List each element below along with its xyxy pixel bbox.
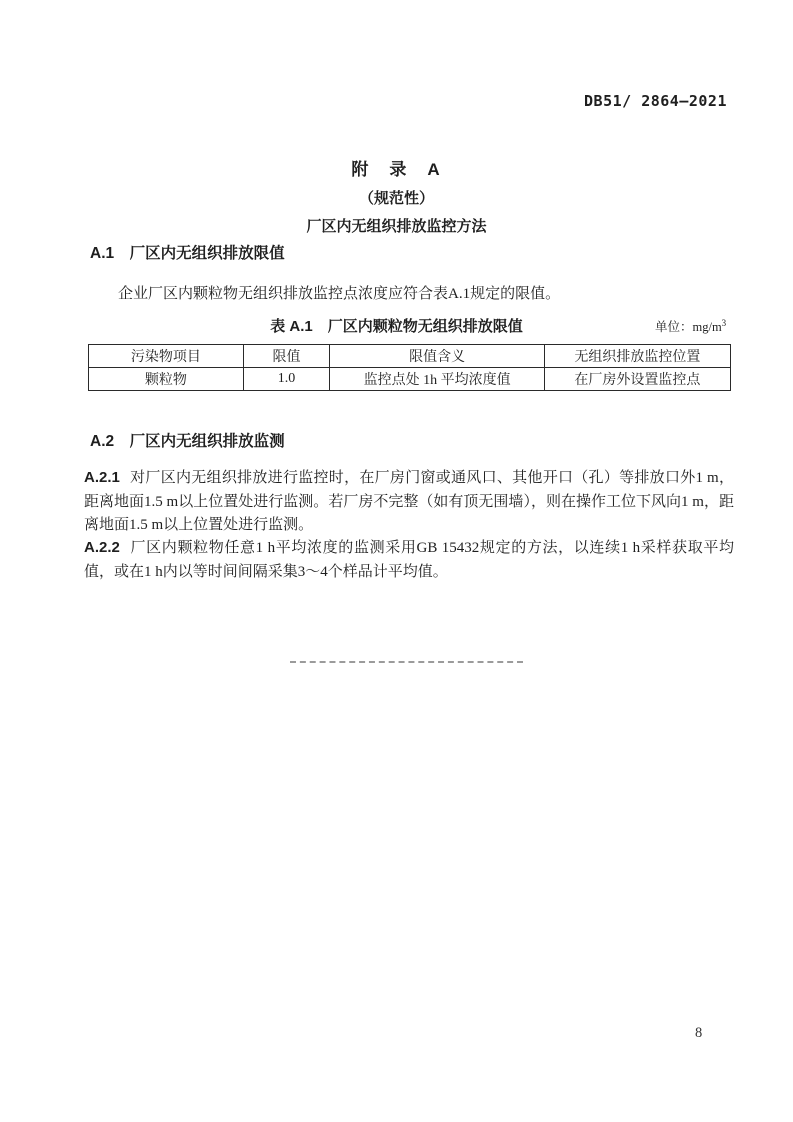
page-number: 8 bbox=[695, 1025, 702, 1042]
section-a1-heading: A.1 厂区内无组织排放限值 bbox=[90, 241, 285, 263]
header-pollutant: 污染物项目 bbox=[89, 345, 244, 368]
section-a2-heading: A.2 厂区内无组织排放监测 bbox=[90, 429, 285, 451]
header-limit-meaning: 限值含义 bbox=[330, 345, 544, 368]
header-limit: 限值 bbox=[243, 345, 330, 368]
cell-monitoring-position: 在厂房外设置监控点 bbox=[544, 368, 730, 391]
standard-code-header: DB51/ 2864—2021 bbox=[584, 92, 727, 110]
table-header-row: 污染物项目 限值 限值含义 无组织排放监控位置 bbox=[89, 345, 731, 368]
unit-superscript: 3 bbox=[722, 318, 727, 328]
end-separator-dashes bbox=[290, 661, 523, 663]
clause-a21: A.2.1对厂区内无组织排放进行监控时，在厂房门窗或通风口、其他开口（孔）等排放… bbox=[84, 466, 734, 538]
appendix-title: 附 录 A bbox=[0, 155, 793, 180]
cell-limit: 1.0 bbox=[243, 368, 330, 391]
header-monitoring-position: 无组织排放监控位置 bbox=[544, 345, 730, 368]
appendix-subtitle-method: 厂区内无组织排放监控方法 bbox=[0, 215, 793, 236]
document-page: DB51/ 2864—2021 附 录 A （规范性） 厂区内无组织排放监控方法… bbox=[0, 0, 793, 1122]
section-a1-paragraph: 企业厂区内颗粒物无组织排放监控点浓度应符合表A.1规定的限值。 bbox=[88, 283, 732, 306]
clause-a22: A.2.2厂区内颗粒物任意1 h平均浓度的监测采用GB 15432规定的方法，以… bbox=[84, 536, 734, 584]
table-row: 颗粒物 1.0 监控点处 1h 平均浓度值 在厂房外设置监控点 bbox=[89, 368, 731, 391]
clause-a21-text: 对厂区内无组织排放进行监控时，在厂房门窗或通风口、其他开口（孔）等排放口外1 m… bbox=[84, 470, 734, 533]
appendix-subtitle-normative: （规范性） bbox=[0, 187, 793, 208]
clause-a22-text: 厂区内颗粒物任意1 h平均浓度的监测采用GB 15432规定的方法，以连续1 h… bbox=[84, 540, 734, 580]
clause-a22-label: A.2.2 bbox=[84, 539, 120, 556]
unit-text: 单位：mg/m bbox=[655, 320, 722, 334]
emission-limits-table: 污染物项目 限值 限值含义 无组织排放监控位置 颗粒物 1.0 监控点处 1h … bbox=[88, 344, 731, 391]
appendix-title-block: 附 录 A （规范性） 厂区内无组织排放监控方法 bbox=[0, 155, 793, 236]
clause-a21-label: A.2.1 bbox=[84, 469, 120, 486]
table-a1-unit-label: 单位：mg/m3 bbox=[655, 317, 726, 335]
cell-pollutant: 颗粒物 bbox=[89, 368, 244, 391]
cell-limit-meaning: 监控点处 1h 平均浓度值 bbox=[330, 368, 544, 391]
